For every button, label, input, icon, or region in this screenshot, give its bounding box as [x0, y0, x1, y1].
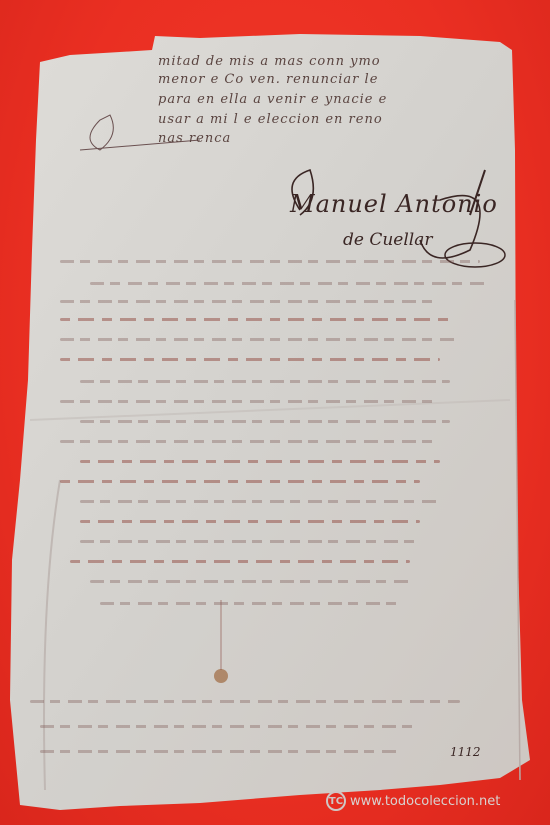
watermark: TC www.todocoleccion.net [326, 791, 500, 811]
page-mark: 1112 [450, 745, 481, 759]
signature-name: Manuel Antonio [290, 190, 498, 218]
top-line-3: para en ella a venir e ynacie e [158, 92, 387, 107]
signature-surname: de Cuellar [343, 230, 433, 250]
top-line-4: usar a mi l e eleccion en reno [158, 112, 383, 127]
top-line-5: nas renca [158, 131, 231, 146]
todocoleccion-logo-icon: TC [326, 791, 346, 811]
watermark-text: www.todocoleccion.net [350, 794, 500, 809]
top-line-2: menor e Co ven. renunciar le [158, 72, 378, 87]
top-line-1: mitad de mis a mas conn ymo [158, 54, 381, 69]
